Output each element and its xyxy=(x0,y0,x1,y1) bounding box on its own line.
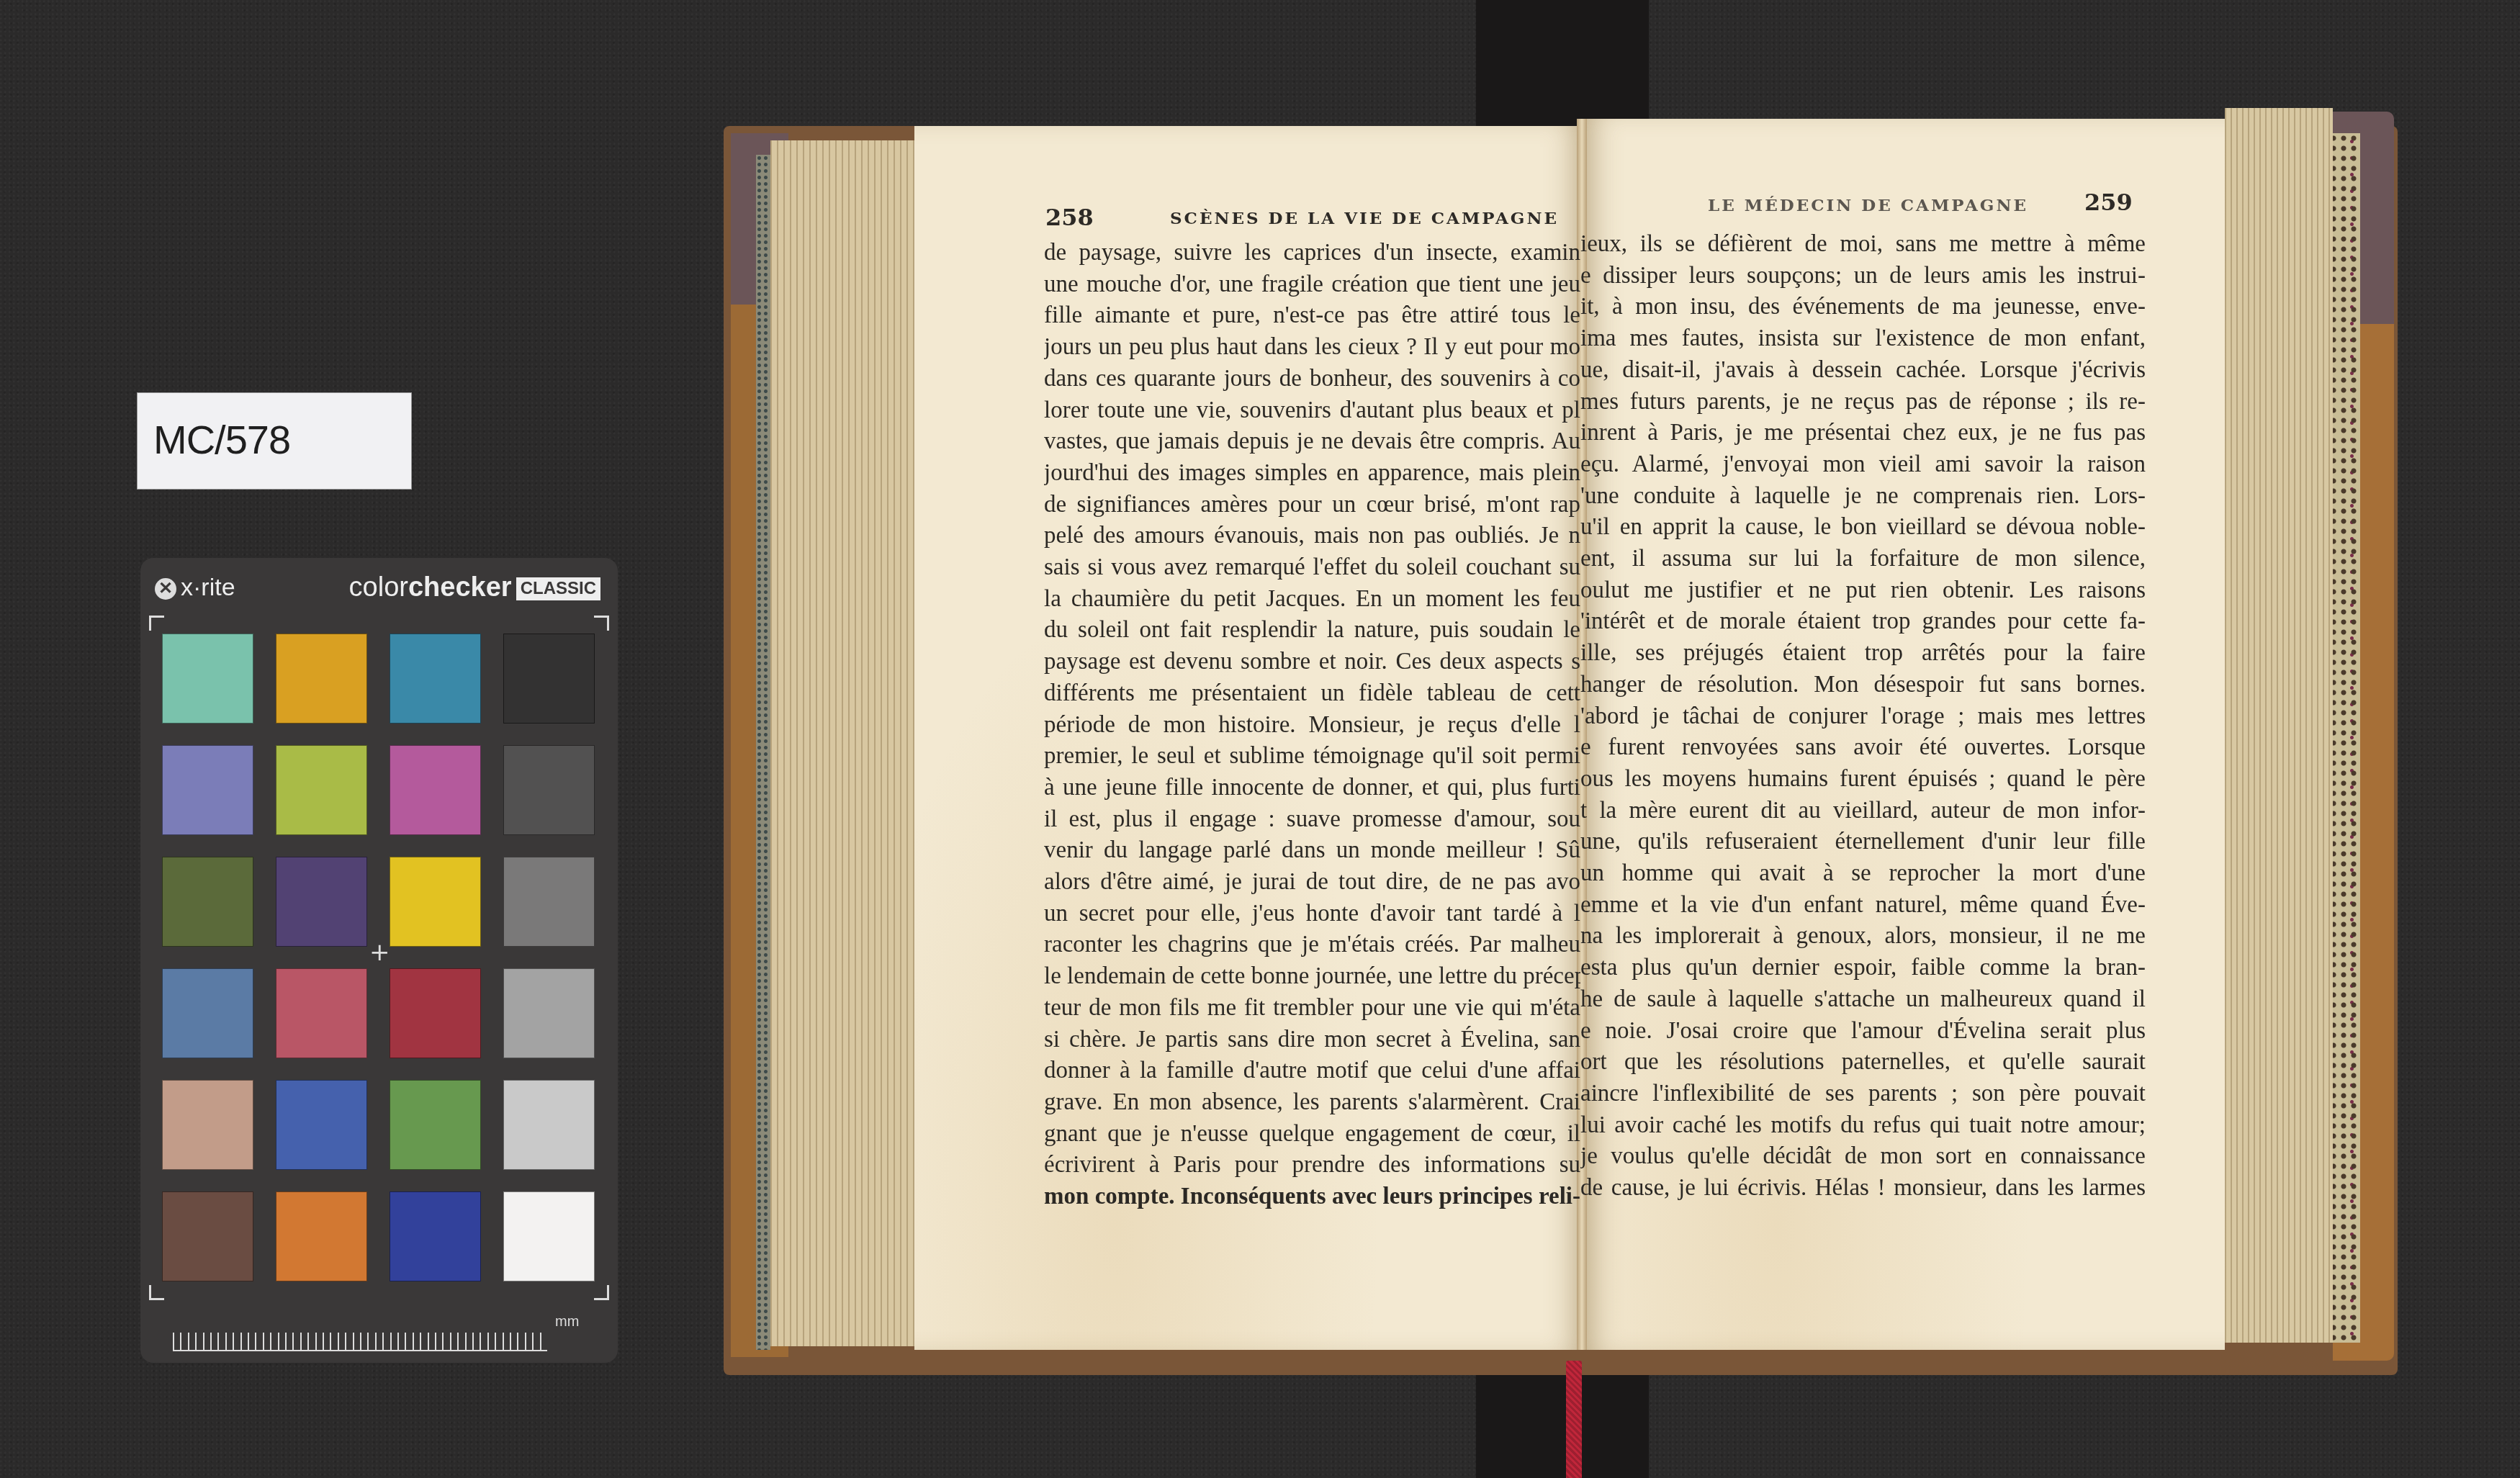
right-page-text: ieux, ils se défièrent de moi, sans me m… xyxy=(1580,229,2146,1204)
color-patch xyxy=(390,1191,481,1281)
text-line: pelé des amours évanouis, mais non pas o… xyxy=(1044,521,1580,552)
color-patch xyxy=(162,1080,253,1170)
left-page-text: de paysage, suivre les caprices d'un ins… xyxy=(1044,238,1580,1213)
text-line: je voulus qu'elle décidât de mon sort en… xyxy=(1580,1141,2146,1173)
text-line: na les implorerait à genoux, alors, mons… xyxy=(1580,921,2146,952)
text-line: e dissiper leurs soupçons; un de leurs a… xyxy=(1580,261,2146,292)
text-line: à une jeune fille innocente de donner, e… xyxy=(1044,772,1580,804)
classic-badge: CLASSIC xyxy=(516,577,600,600)
color-patch xyxy=(276,1080,367,1170)
corner-mark-icon xyxy=(594,1285,609,1300)
color-patch xyxy=(503,968,595,1058)
text-line: mon compte. Inconséquents avec leurs pri… xyxy=(1044,1181,1580,1213)
text-line: la chaumière du petit Jacques. En un mom… xyxy=(1044,584,1580,616)
mm-ruler xyxy=(173,1321,547,1351)
text-line: ieux, ils se défièrent de moi, sans me m… xyxy=(1580,229,2146,261)
bookmark-ribbon xyxy=(1566,1361,1582,1478)
text-line: donner à la famille d'autre motif que ce… xyxy=(1044,1055,1580,1087)
text-line: aincre l'inflexibilité de ses parents ; … xyxy=(1580,1078,2146,1110)
color-patch xyxy=(503,745,595,835)
text-line: inrent à Paris, je me présentai chez eux… xyxy=(1580,418,2146,449)
text-line: he de saule à laquelle s'attache un malh… xyxy=(1580,984,2146,1016)
accession-label: MC/578 xyxy=(137,392,412,490)
color-patch xyxy=(503,1191,595,1281)
text-line: jours un peu plus haut dans les cieux ? … xyxy=(1044,332,1580,364)
text-line: mes futurs parents, je ne reçus pas de r… xyxy=(1580,387,2146,418)
text-line: 'abord je tâchai de conjurer l'orage ; m… xyxy=(1580,701,2146,733)
color-patch xyxy=(276,857,367,947)
text-line: alors d'être aimé, je jurai de tout dire… xyxy=(1044,867,1580,898)
corner-mark-icon xyxy=(149,1285,164,1300)
ruler-unit: mm xyxy=(555,1314,579,1330)
text-line: vastes, que jamais depuis je ne devais ê… xyxy=(1044,426,1580,458)
color-patch xyxy=(162,745,253,835)
text-line: venir du langage parlé dans un monde mei… xyxy=(1044,835,1580,867)
text-line: t la mère eurent dit au vieillard, auteu… xyxy=(1580,796,2146,827)
color-patch xyxy=(390,634,481,724)
text-line: différents me présentaient un fidèle tab… xyxy=(1044,678,1580,710)
corner-mark-icon xyxy=(594,616,609,631)
color-patch xyxy=(503,857,595,947)
text-line: hanger de résolution. Mon désespoir fut … xyxy=(1580,670,2146,701)
color-patch xyxy=(390,968,481,1058)
text-line: eçu. Alarmé, j'envoyai mon vieil ami sav… xyxy=(1580,449,2146,481)
text-line: si chère. Je partis sans dire mon secret… xyxy=(1044,1024,1580,1056)
text-line: esta plus qu'un dernier espoir, faible c… xyxy=(1580,952,2146,984)
marbled-endpaper-left xyxy=(756,155,770,1350)
color-patch xyxy=(390,1080,481,1170)
text-line: ous les moyens humains furent épuisés ; … xyxy=(1580,764,2146,796)
xrite-logo: ✕x·rite xyxy=(155,574,235,602)
text-line: écrivirent à Paris pour prendre des info… xyxy=(1044,1150,1580,1181)
text-line: premier, le seul et sublime témoignage q… xyxy=(1044,741,1580,772)
text-line: sais si vous avez remarqué l'effet du so… xyxy=(1044,552,1580,584)
text-line: ima mes fautes, insista sur l'existence … xyxy=(1580,323,2146,355)
text-line: e furent renvoyées sans avoir été ouvert… xyxy=(1580,732,2146,764)
text-line: 'une conduite à laquelle je ne comprenai… xyxy=(1580,481,2146,513)
color-patch xyxy=(162,857,253,947)
text-line: de paysage, suivre les caprices d'un ins… xyxy=(1044,238,1580,269)
color-patch xyxy=(162,634,253,724)
color-patch xyxy=(162,968,253,1058)
color-patch xyxy=(390,745,481,835)
text-line: le lendemain de cette bonne journée, une… xyxy=(1044,961,1580,993)
text-line: de cause, je lui écrivis. Hélas ! monsie… xyxy=(1580,1173,2146,1204)
text-line: it, à mon insu, des événements de ma jeu… xyxy=(1580,292,2146,323)
right-page-number: 259 xyxy=(2084,189,2133,216)
text-line: période de mon histoire. Monsieur, je re… xyxy=(1044,710,1580,742)
text-line: ue, disait-il, j'avais à dessein cachée.… xyxy=(1580,355,2146,387)
text-line: une mouche d'or, une fragile création qu… xyxy=(1044,269,1580,301)
text-line: paysage est devenu sombre et noir. Ces d… xyxy=(1044,646,1580,678)
color-patch xyxy=(390,857,481,947)
color-patch xyxy=(503,1080,595,1170)
right-running-head: LE MÉDECIN DE CAMPAGNE xyxy=(1708,196,2028,215)
text-line: teur de mon fils me fit trembler pour un… xyxy=(1044,993,1580,1024)
text-line: un homme qui avait à se reprocher la mor… xyxy=(1580,858,2146,890)
text-line: un secret pour elle, j'eus honte d'avoir… xyxy=(1044,898,1580,930)
text-line: grave. En mon absence, les parents s'ala… xyxy=(1044,1087,1580,1119)
color-patch xyxy=(276,745,367,835)
text-line: oulut me justifier et ne put rien obteni… xyxy=(1580,575,2146,607)
page-block-edge-right xyxy=(2225,108,2333,1343)
color-patch xyxy=(276,968,367,1058)
page-block-edge-left xyxy=(770,140,914,1346)
text-line: e noie. J'osai croire que l'amour d'Ével… xyxy=(1580,1016,2146,1047)
text-line: raconter les chagrins que je m'étais cré… xyxy=(1044,929,1580,961)
corner-mark-icon xyxy=(149,616,164,631)
text-line: du soleil ont fait resplendir la nature,… xyxy=(1044,615,1580,646)
color-checker-card: ✕x·rite colorcheckerCLASSIC + mm xyxy=(140,558,618,1363)
text-line: ille, ses préjugés étaient trop arrêtés … xyxy=(1580,638,2146,670)
color-patch xyxy=(276,1191,367,1281)
color-patch xyxy=(162,1191,253,1281)
text-line: lui avoir caché les motifs du refus qui … xyxy=(1580,1110,2146,1142)
text-line: u'il en apprit la cause, le bon vieillar… xyxy=(1580,512,2146,544)
color-patch xyxy=(503,634,595,724)
text-line: 'intérêt et de morale étaient trop grand… xyxy=(1580,606,2146,638)
text-line: emme et la vie d'un enfant naturel, même… xyxy=(1580,890,2146,922)
text-line: fille aimante et pure, n'est-ce pas être… xyxy=(1044,300,1580,332)
colorchecker-title: colorcheckerCLASSIC xyxy=(349,572,600,603)
text-line: dans ces quarante jours de bonheur, des … xyxy=(1044,364,1580,395)
text-line: lorer toute une vie, souvenirs d'autant … xyxy=(1044,395,1580,427)
text-line: jourd'hui des images simples en apparenc… xyxy=(1044,458,1580,490)
text-line: une, qu'ils refuseraient éternellement d… xyxy=(1580,826,2146,858)
accession-number: MC/578 xyxy=(153,416,290,463)
text-line: il est, plus il engage : suave promesse … xyxy=(1044,804,1580,836)
left-running-head: SCÈNES DE LA VIE DE CAMPAGNE xyxy=(1170,209,1559,228)
color-patch xyxy=(276,634,367,724)
text-line: de signifiances amères pour un cœur bris… xyxy=(1044,490,1580,521)
text-line: ort que les résolutions paternelles, et … xyxy=(1580,1047,2146,1078)
text-line: ent, il assuma sur lui la forfaiture de … xyxy=(1580,544,2146,575)
text-line: gnant que je n'eusse quelque engagement … xyxy=(1044,1119,1580,1150)
crosshair-icon: + xyxy=(369,938,390,967)
xrite-icon: ✕ xyxy=(155,578,176,600)
left-page-number: 258 xyxy=(1045,204,1094,231)
